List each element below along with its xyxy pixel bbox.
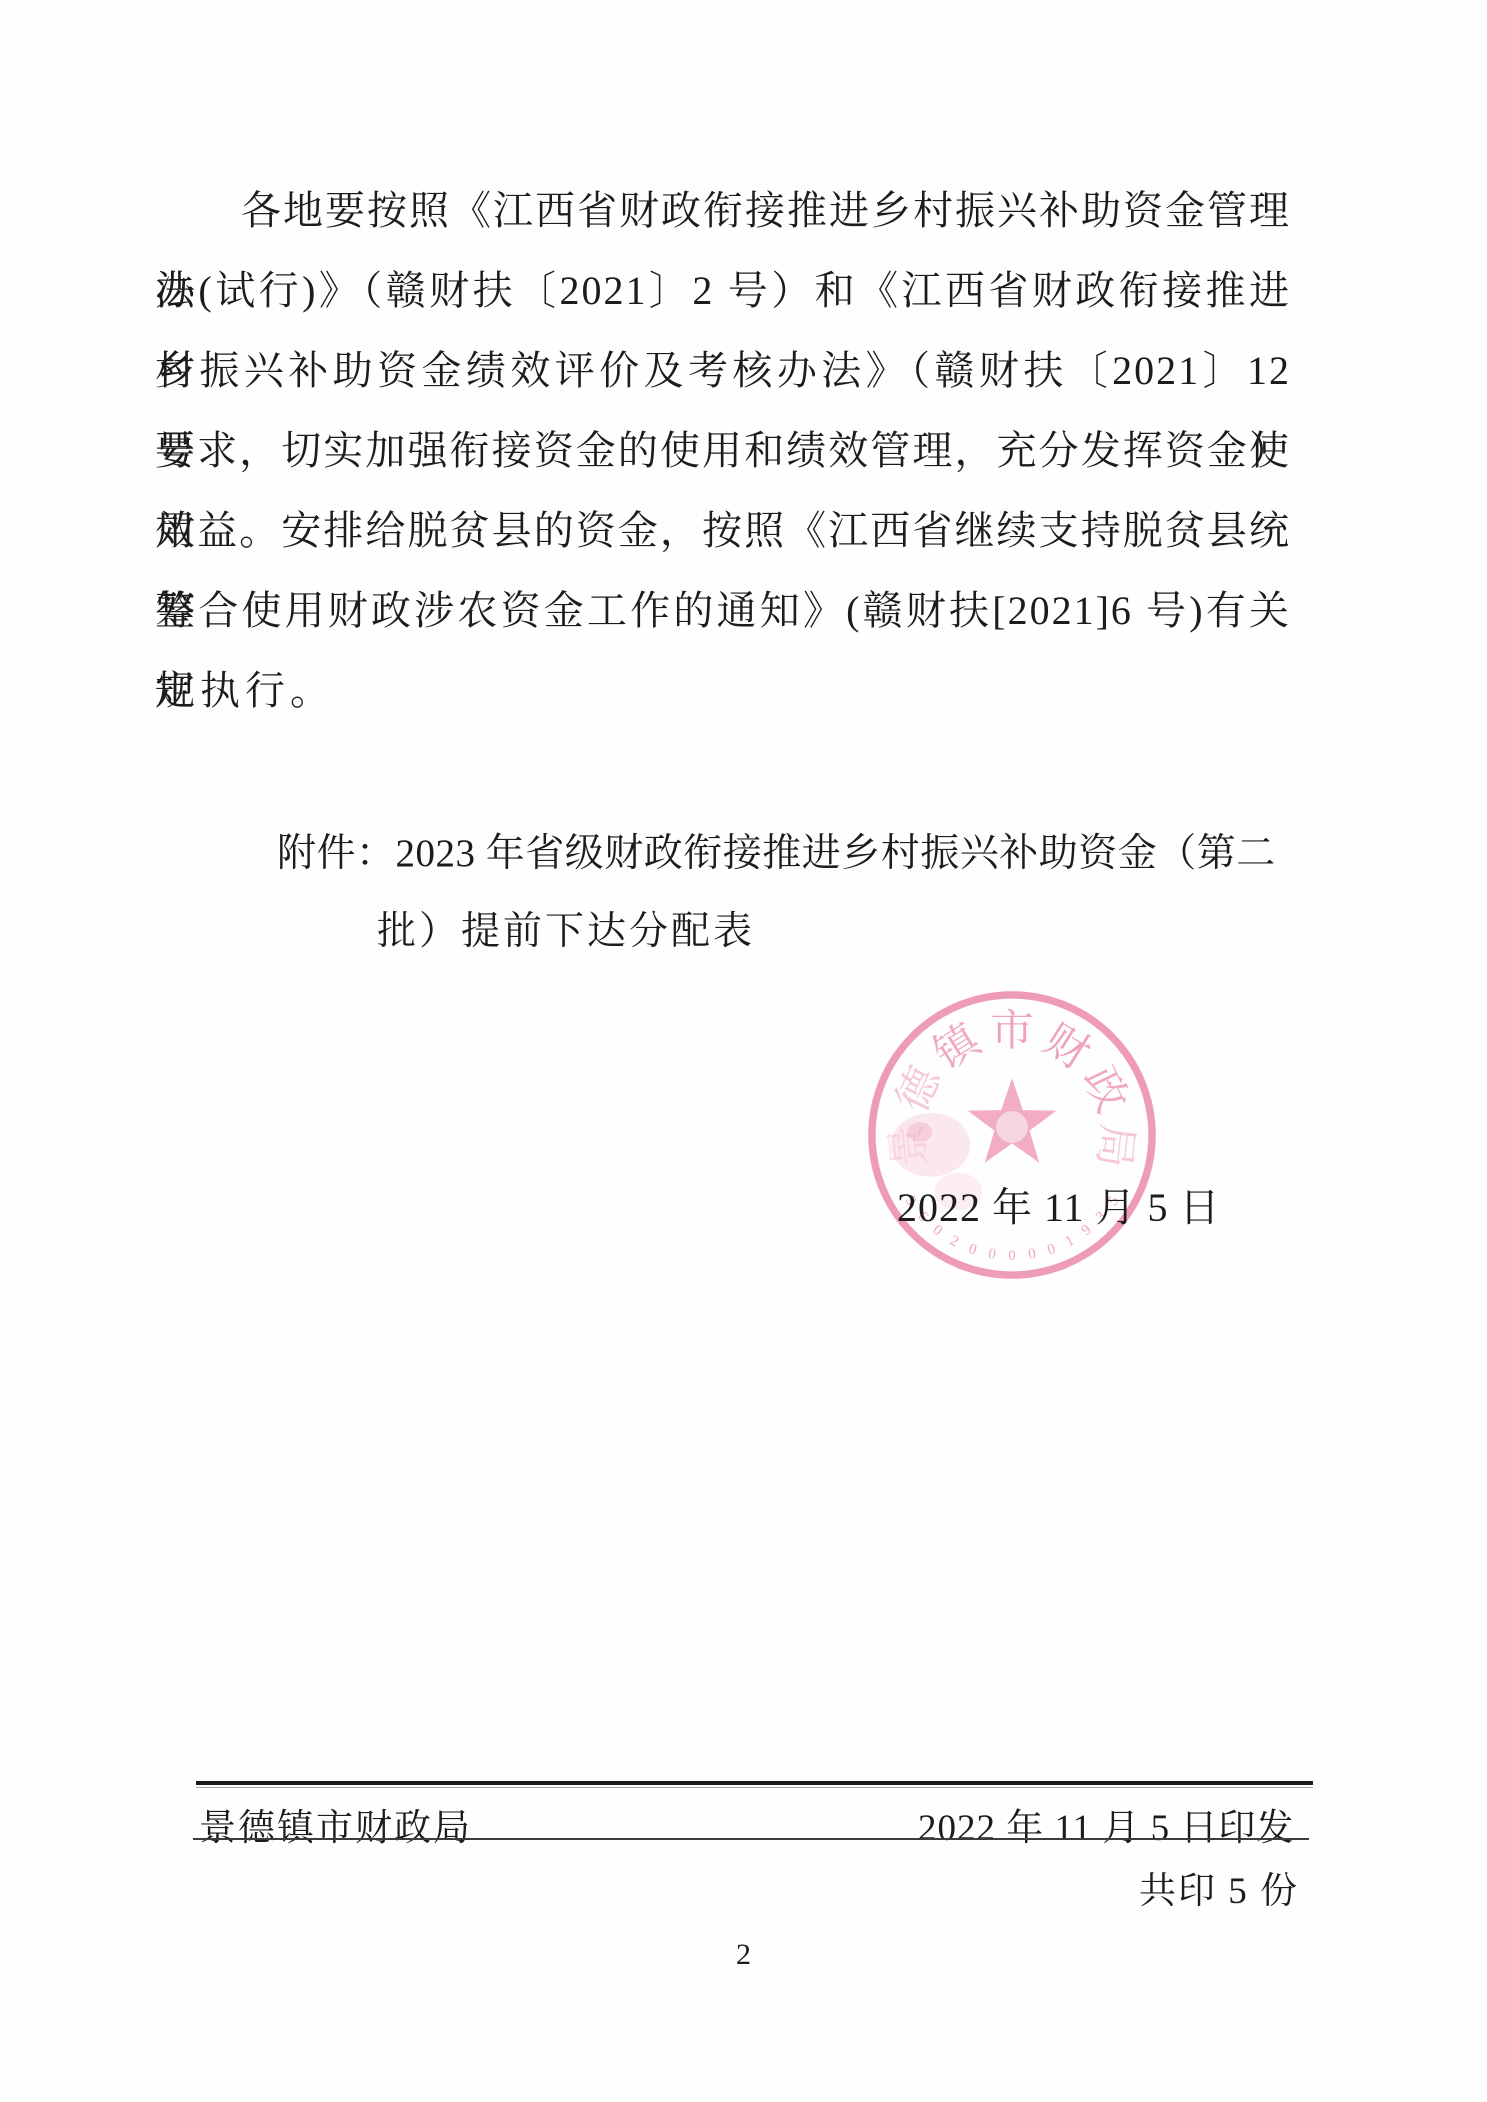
body-paragraph: 各地要按照《江西省财政衔接推进乡村振兴补助资金管理办 法(试行)》（赣财扶〔20…: [155, 171, 1291, 731]
seal-char: 政: [1074, 1060, 1136, 1120]
seal-code-digit: 2: [947, 1233, 961, 1251]
issue-date: 2022 年 11 月 5 日: [897, 1176, 1221, 1233]
body-line: 法(试行)》（赣财扶〔2021〕2 号）和《江西省财政衔接推进乡: [155, 251, 1291, 331]
seal-code-digit: 0: [1008, 1248, 1015, 1264]
footer-print-date: 2022 年 11 月 5 日印发: [918, 1797, 1294, 1851]
footer-divider-thick: [196, 1781, 1313, 1785]
seal-code-digit: 0: [1027, 1246, 1037, 1263]
body-line: 要求，切实加强衔接资金的使用和绩效管理，充分发挥资金使用: [155, 411, 1291, 491]
body-line: 各地要按照《江西省财政衔接推进乡村振兴补助资金管理办: [155, 171, 1291, 251]
footer-divider-thick-echo: [196, 1787, 1313, 1788]
seal-star-fade: [996, 1111, 1028, 1143]
official-seal: 景 德 镇 市 财 政 局 3 6 0 2 0 0 0 0 0 1 9: [863, 986, 1161, 1284]
attachment-line-2: 批）提前下达分配表: [377, 900, 755, 956]
seal-char: 镇: [926, 1014, 991, 1080]
body-line: 定执行。: [155, 651, 1291, 731]
seal-char: 市: [990, 1008, 1034, 1056]
body-line: 效益。安排给脱贫县的资金，按照《江西省继续支持脱贫县统筹: [155, 491, 1291, 571]
body-line: 村振兴补助资金绩效评价及考核办法》（赣财扶〔2021〕12 号）: [155, 331, 1291, 411]
footer-issuer: 景德镇市财政局: [199, 1797, 472, 1851]
page-number: 2: [0, 1938, 1487, 1972]
seal-char: 财: [1035, 1015, 1097, 1079]
seal-code-digit: 0: [1045, 1241, 1057, 1259]
footer-copies: 共印 5 份: [1139, 1860, 1299, 1914]
footer-divider-thin: [193, 1838, 1309, 1840]
seal-code-digit: 1: [1063, 1233, 1077, 1251]
seal-char: 德: [888, 1058, 951, 1119]
seal-char: 景: [883, 1122, 935, 1170]
attachment-line-1: 附件：2023 年省级财政衔接推进乡村振兴补助资金（第二: [277, 822, 1276, 878]
seal-char: 局: [1089, 1122, 1141, 1170]
document-page: 各地要按照《江西省财政衔接推进乡村振兴补助资金管理办 法(试行)》（赣财扶〔20…: [0, 0, 1487, 2102]
seal-code-digit: 0: [966, 1241, 978, 1259]
seal-code-digit: 0: [987, 1246, 997, 1263]
body-line: 整合使用财政涉农资金工作的通知》(赣财扶[2021]6 号)有关规: [155, 571, 1291, 651]
